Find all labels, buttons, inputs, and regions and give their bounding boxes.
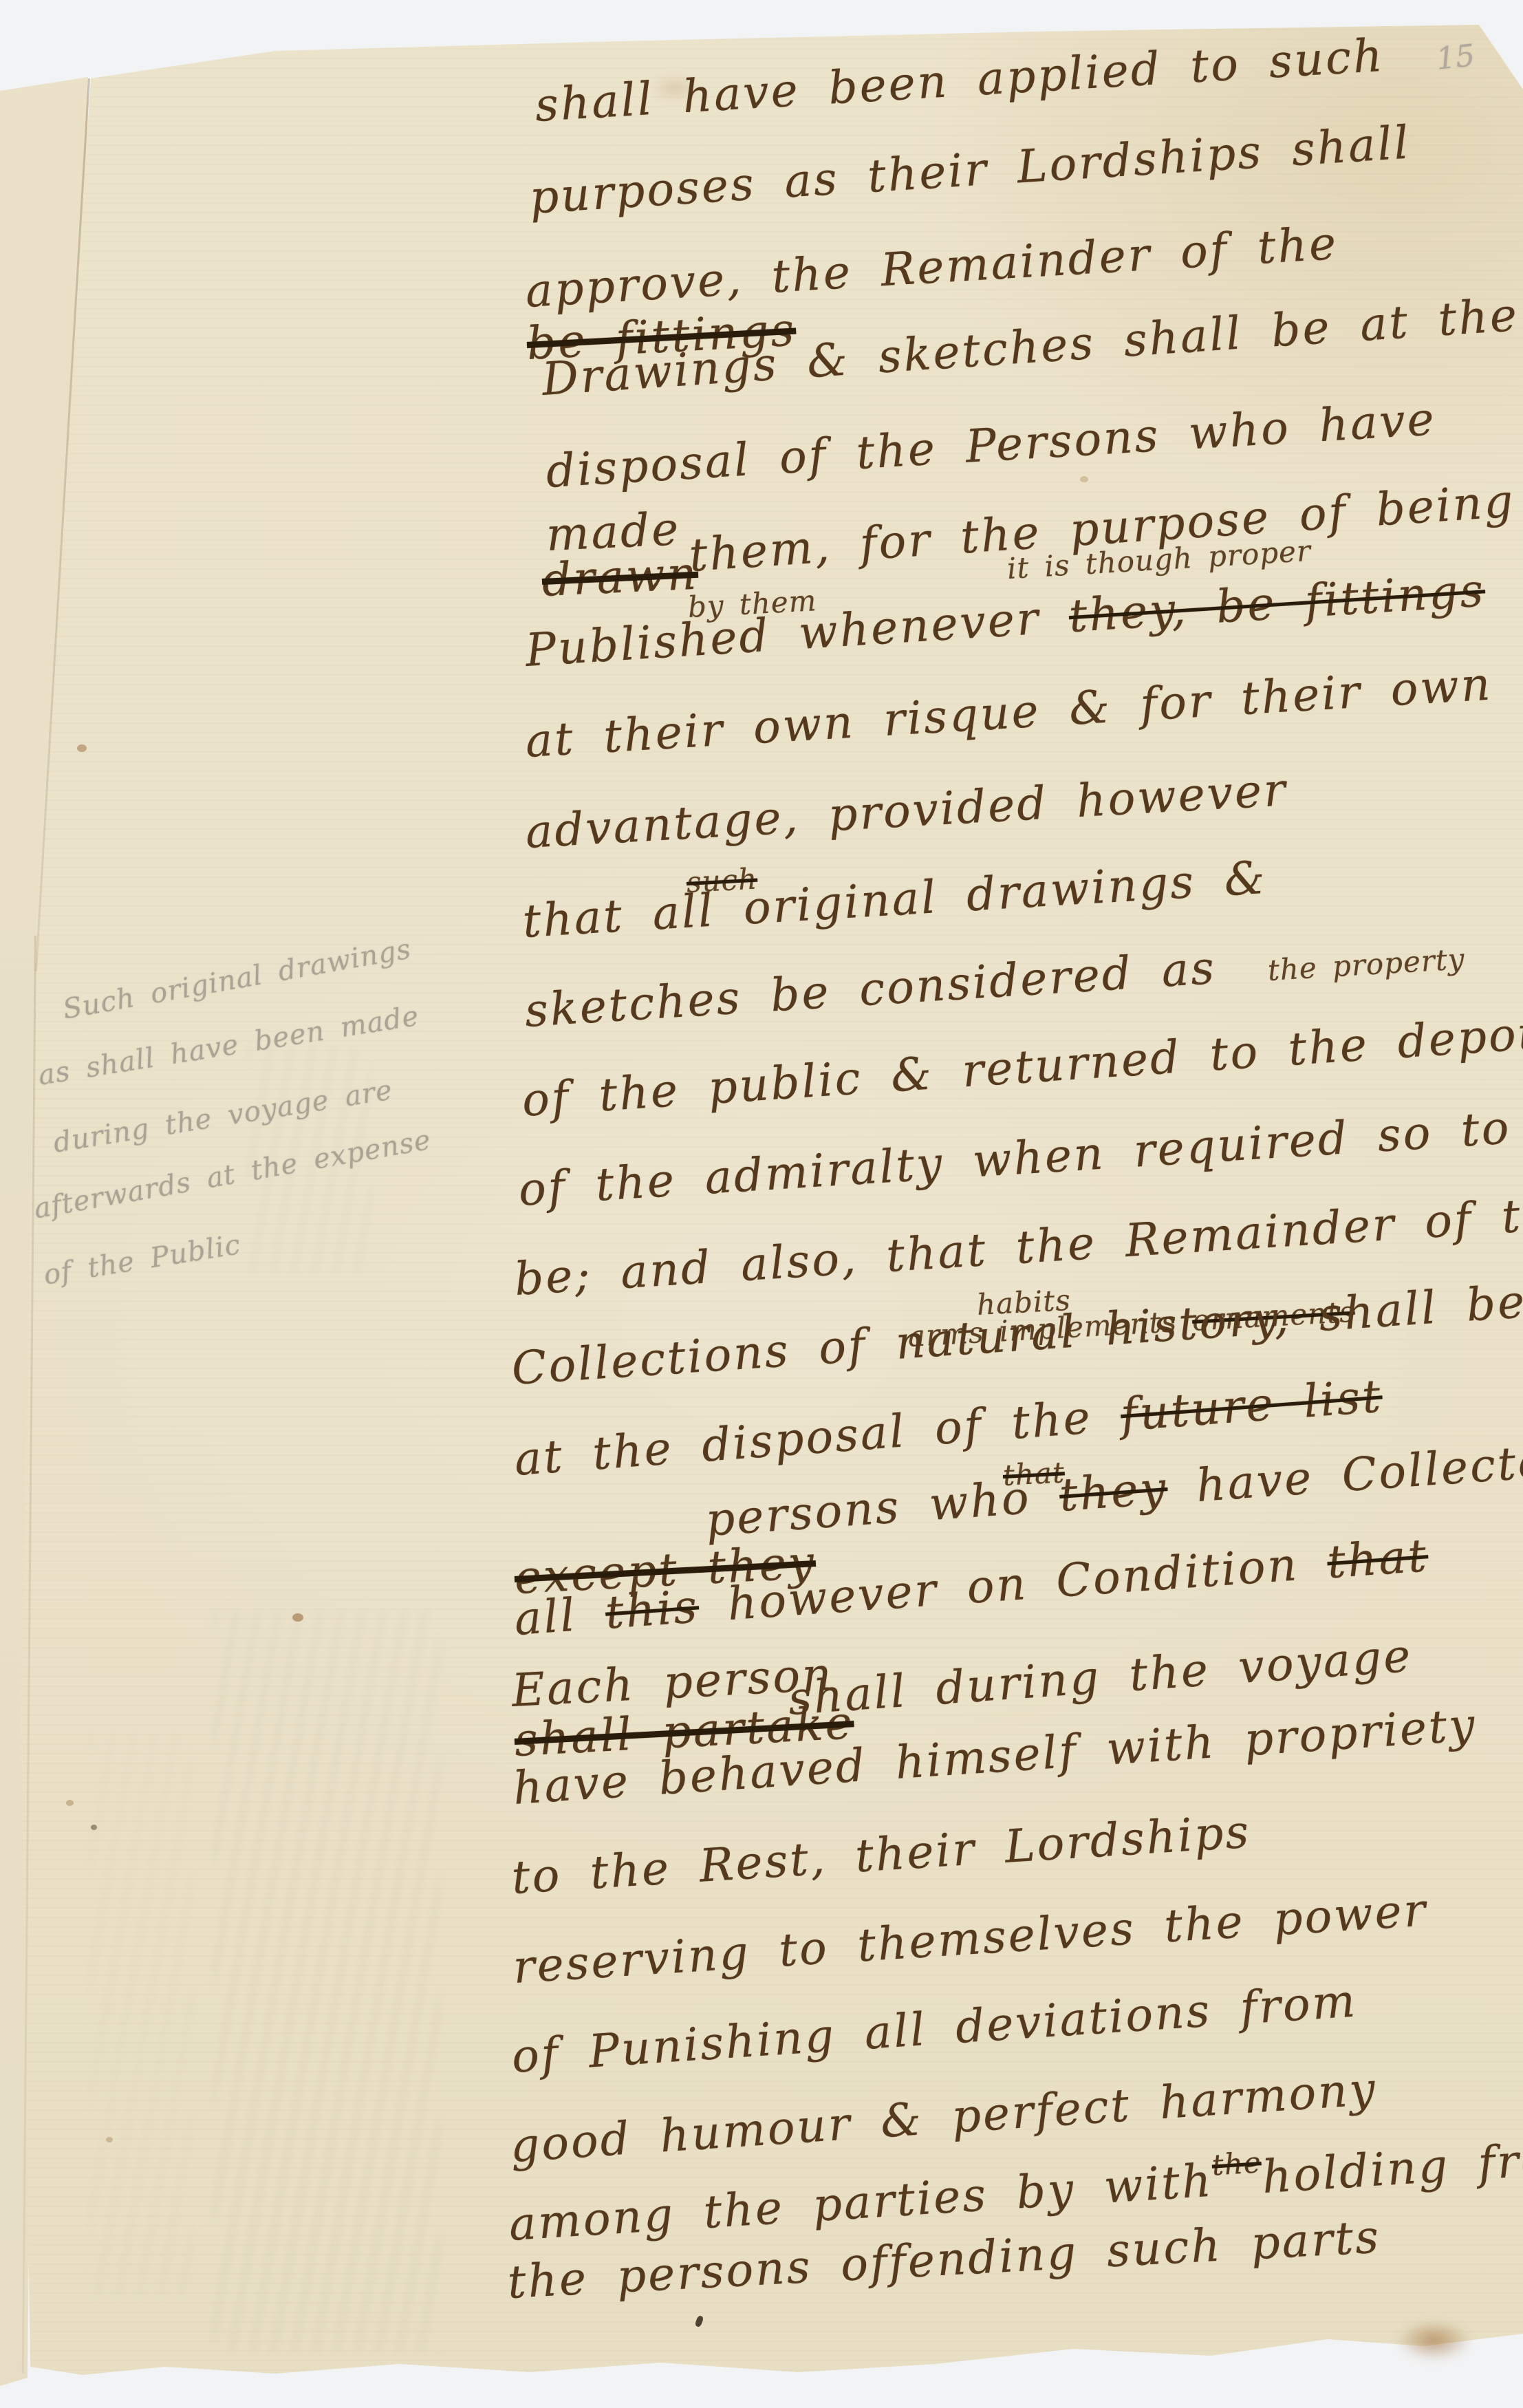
handwritten-text: all	[512, 1587, 607, 1646]
struck-text: drawn	[541, 547, 699, 607]
manuscript-line: drawn	[541, 549, 699, 606]
struck-text: that	[1326, 1529, 1430, 1589]
page-number: 15	[1435, 41, 1476, 75]
struck-text: they	[1058, 1461, 1169, 1522]
struck-text: this	[603, 1580, 700, 1639]
struck-text: the	[1211, 2145, 1262, 2182]
